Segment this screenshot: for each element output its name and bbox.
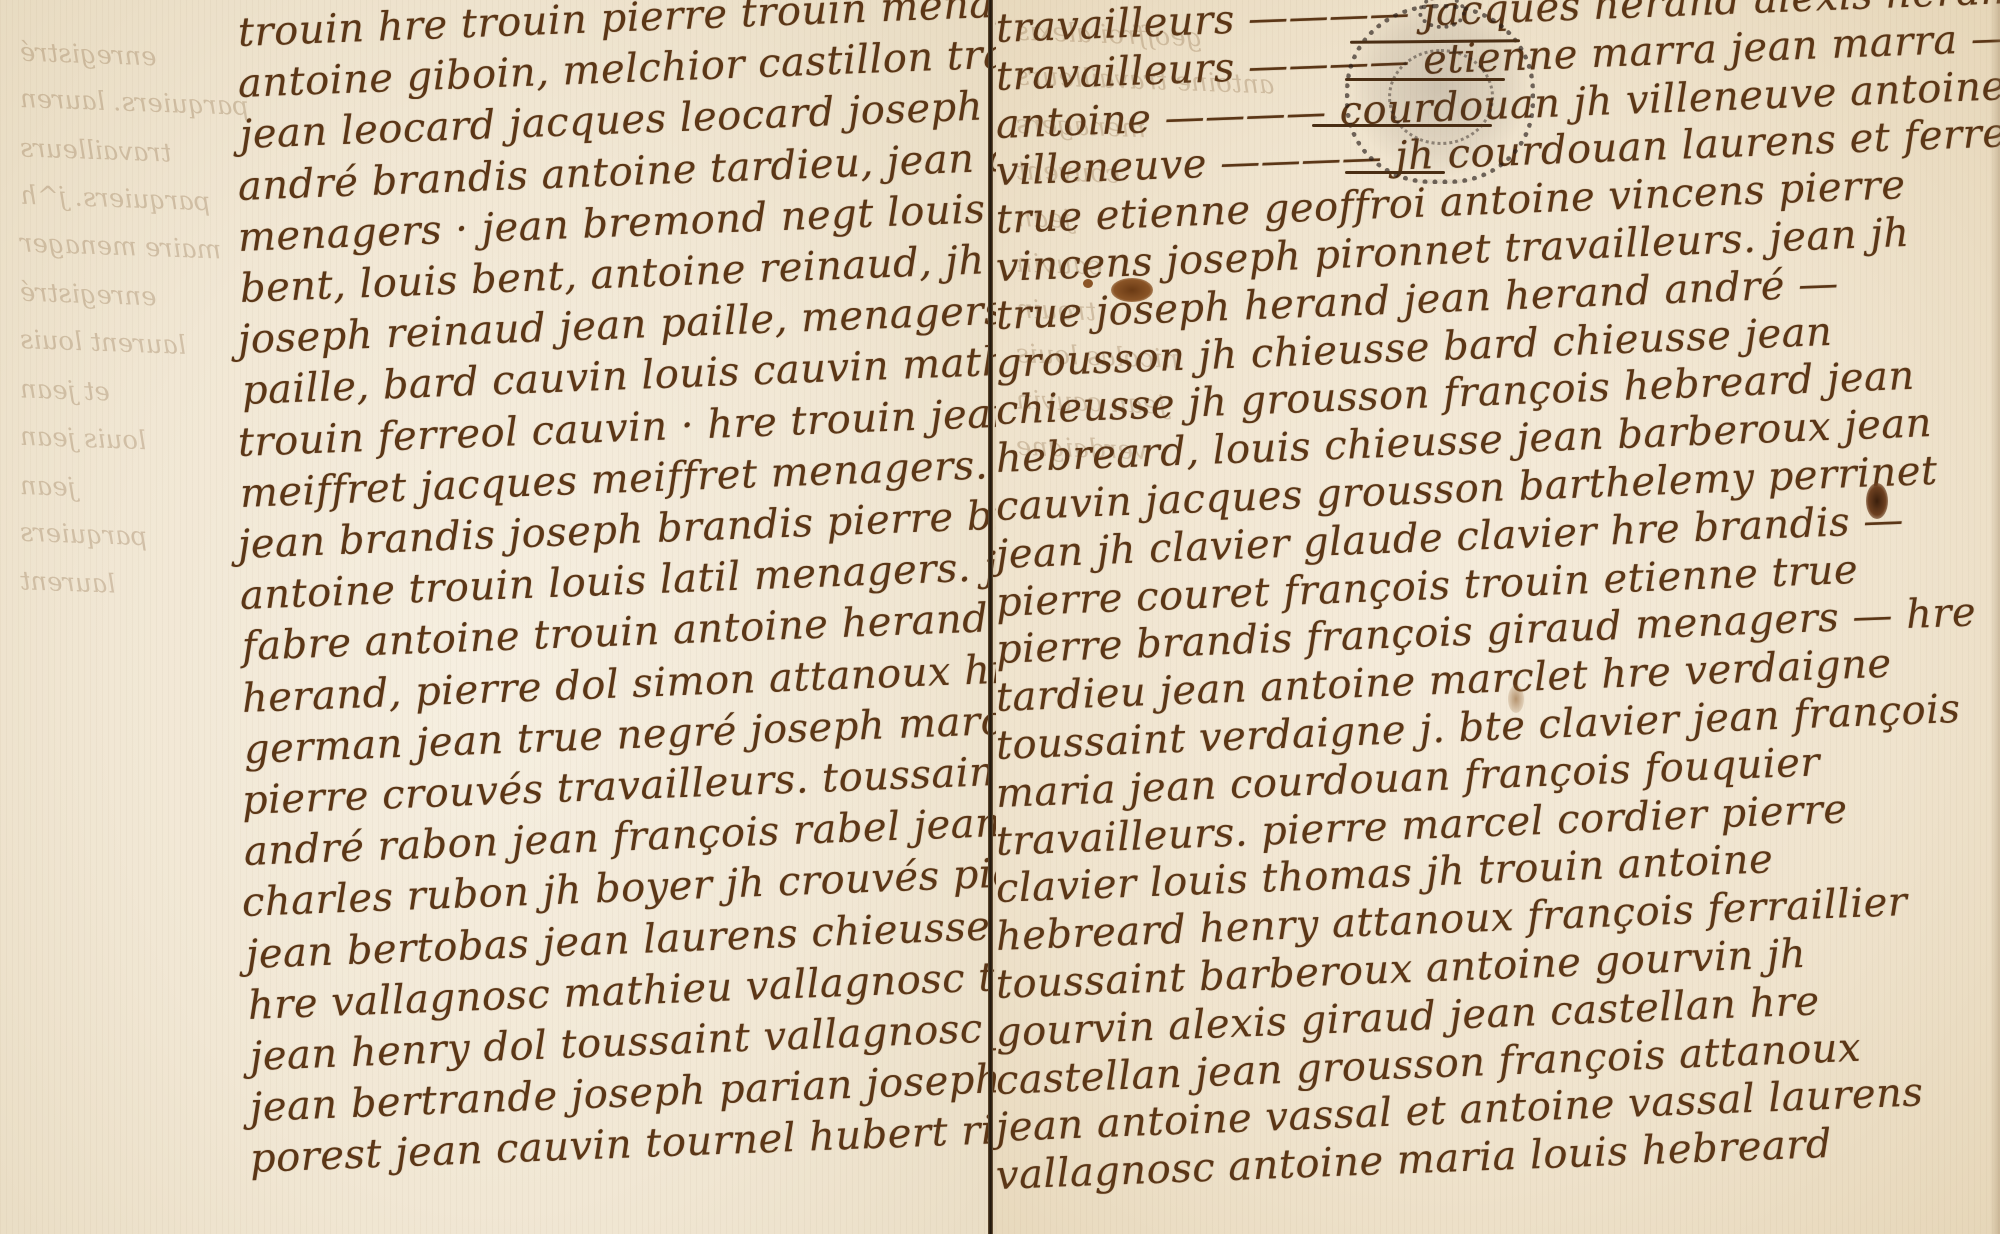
bleed-through-text: parquiers. j^h	[20, 181, 211, 218]
left-page: enregistréparquiers. laurentravailleursp…	[0, 0, 992, 1234]
manuscript-spread: enregistréparquiers. laurentravailleursp…	[0, 0, 2000, 1234]
seal-line-2	[1345, 78, 1505, 81]
bleed-through-text: enregistré	[20, 38, 157, 73]
bleed-through-text: enregistré	[20, 278, 157, 313]
ink-blot-stain	[1111, 278, 1153, 302]
right-page: geoffroi alexisantoine travailleursmenag…	[996, 0, 2000, 1234]
bleed-through-text: laurent	[20, 566, 117, 599]
ink-blot-stain	[1866, 483, 1888, 519]
bleed-through-text: jean	[19, 471, 76, 503]
page-edge-shadow	[1990, 0, 2000, 1234]
book-spine-fold	[988, 0, 993, 1234]
bleed-through-text: et jean	[20, 374, 111, 407]
bleed-through-text: parquiers	[20, 518, 148, 552]
bleed-through-text: travailleurs	[20, 133, 172, 168]
seal-line-3	[1312, 124, 1492, 127]
seal-line-4	[1345, 171, 1445, 174]
bleed-through-text: louis jean	[20, 422, 147, 456]
bleed-through-text: parquiers. lauren	[20, 84, 250, 122]
stamp-seal-icon	[1345, 4, 1535, 184]
bleed-through-text: laurent louis	[20, 325, 187, 361]
faint-stain	[1508, 685, 1524, 713]
ink-drop-stain	[1083, 279, 1093, 288]
bleed-through-text: maire menager	[20, 228, 222, 265]
